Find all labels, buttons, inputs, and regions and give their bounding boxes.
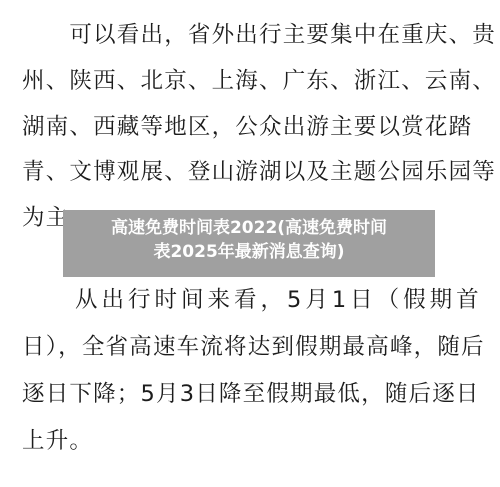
paragraph-2-line-4: 上升。	[22, 426, 480, 456]
paragraph-2-line-2: 日），全省高速车流将达到假期最高峰，随后	[22, 332, 480, 362]
paragraph-1-line-3: 湖南、西藏等地区，公众出游主要以赏花踏	[22, 112, 480, 142]
paragraph-1-line-2: 州、陕西、北京、上海、广东、浙江、云南、	[22, 66, 480, 96]
paragraph-1-line-1: 可以看出，省外出行主要集中在重庆、贵	[22, 20, 480, 50]
paragraph-2-line-1: 从出行时间来看，5月1日（假期首	[22, 285, 480, 315]
overlay-title-line-2: 表2025年最新消息查询)	[63, 240, 435, 264]
overlay-title-line-1: 高速免费时间表2022(高速免费时间	[63, 216, 435, 240]
title-overlay-banner: 高速免费时间表2022(高速免费时间 表2025年最新消息查询)	[63, 210, 435, 277]
paragraph-2-line-3: 逐日下降；5月3日降至假期最低，随后逐日	[22, 379, 480, 409]
paragraph-1-line-4: 青、文博观展、登山游湖以及主题公园乐园等	[22, 157, 480, 187]
